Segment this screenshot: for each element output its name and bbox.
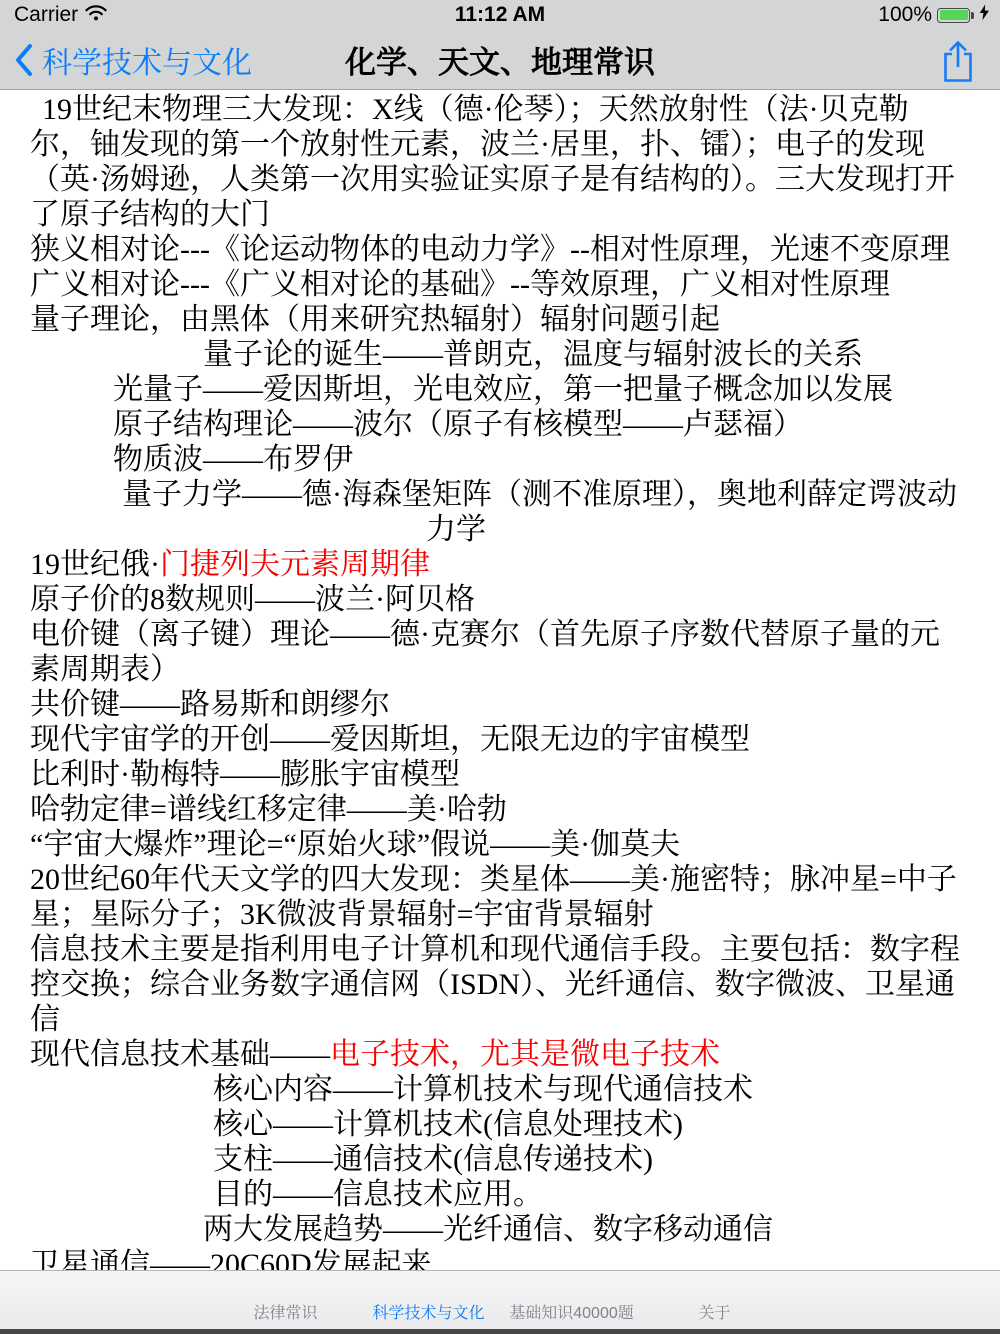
content-paragraph: 哈勃定律=谱线红移定律——美·哈勃 (30, 792, 962, 827)
content-paragraph: 原子结构理论——波尔（原子有核模型——卢瑟福） (30, 407, 962, 442)
content-paragraph: “宇宙大爆炸”理论=“原始火球”假说——美·伽莫夫 (30, 827, 962, 862)
battery-percent: 100% (878, 3, 932, 27)
text-segment: 现代信息技术基础—— (30, 1038, 330, 1071)
content-paragraph: 共价键——路易斯和朗缪尔 (30, 687, 962, 722)
status-time: 11:12 AM (455, 3, 545, 27)
content-paragraph: 核心内容——计算机技术与现代通信技术 (30, 1072, 962, 1107)
content-paragraph: 现代宇宙学的开创——爱因斯坦，无限无边的宇宙模型 (30, 722, 962, 757)
share-icon (940, 38, 978, 84)
tab-about[interactable]: 关于 (643, 1299, 786, 1324)
content-paragraph: 原子价的8数规则——波兰·阿贝格 (30, 582, 962, 617)
content-paragraph: 支柱——通信技术(信息传递技术) (30, 1142, 962, 1177)
content-paragraph: 核心——计算机技术(信息处理技术) (30, 1107, 962, 1142)
content-paragraph: 信息技术主要是指利用电子计算机和现代通信手段。主要包括：数字程控交换；综合业务数… (30, 932, 962, 1037)
tab-bar: 法律常识 科学技术与文化 基础知识40000题 关于 (0, 1270, 1000, 1334)
content-paragraph-highlight: 19世纪俄·门捷列夫元素周期律 (30, 547, 962, 582)
highlighted-text: 门捷列夫元素周期律 (160, 548, 430, 581)
content-paragraph: 比利时·勒梅特——膨胀宇宙模型 (30, 757, 962, 792)
content-area[interactable]: 19世纪末物理三大发现：X线（德·伦琴）；天然放射性（法·贝克勒尔，铀发现的第一… (0, 90, 1000, 1270)
back-button-label: 科学技术与文化 (42, 38, 252, 82)
tab-basic-knowledge-40000[interactable]: 基础知识40000题 (500, 1299, 643, 1324)
tab-legal-knowledge[interactable]: 法律常识 (214, 1299, 357, 1324)
content-paragraph: 量子论的诞生——普朗克，温度与辐射波长的关系 (30, 337, 962, 372)
app-screen: Carrier 11:12 AM 100% (0, 0, 1000, 1334)
content-paragraph: 物质波——布罗伊 (30, 442, 962, 477)
share-button[interactable] (940, 38, 978, 84)
highlighted-text: 电子技术，尤其是微电子技术 (330, 1038, 720, 1071)
content-paragraph: 量子力学——德·海森堡矩阵（测不准原理），奥地利薛定谔波动 (30, 477, 962, 512)
content-paragraph: 目的——信息技术应用。 (30, 1177, 962, 1212)
tab-science-culture[interactable]: 科学技术与文化 (357, 1299, 500, 1324)
status-bar: Carrier 11:12 AM 100% (0, 0, 1000, 30)
content-paragraph: 卫星通信——20C60D发展起来 (30, 1247, 962, 1270)
charging-bolt-icon (979, 3, 990, 27)
text-segment: 19世纪俄· (30, 548, 160, 581)
content-paragraph: 广义相对论---《广义相对论的基础》--等效原理，广义相对性原理 (30, 267, 962, 302)
content-paragraph: 量子理论，由黑体（用来研究热辐射）辐射问题引起 (30, 302, 962, 337)
back-button[interactable]: 科学技术与文化 (14, 30, 252, 89)
content-paragraph: 狭义相对论---《论运动物体的电动力学》--相对性原理，光速不变原理 (30, 232, 962, 267)
content-paragraph: 力学 (30, 512, 962, 547)
content-paragraph: 两大发展趋势——光纤通信、数字移动通信 (30, 1212, 962, 1247)
content-paragraph-highlight: 现代信息技术基础——电子技术，尤其是微电子技术 (30, 1037, 962, 1072)
battery-icon (937, 8, 974, 23)
content-paragraph: 20世纪60年代天文学的四大发现：类星体——美·施密特；脉冲星=中子星；星际分子… (30, 862, 962, 932)
content-paragraph: 光量子——爱因斯坦，光电效应，第一把量子概念加以发展 (30, 372, 962, 407)
content-paragraph: 19世纪末物理三大发现：X线（德·伦琴）；天然放射性（法·贝克勒尔，铀发现的第一… (30, 92, 962, 232)
navigation-bar: 科学技术与文化 化学、天文、地理常识 (0, 30, 1000, 90)
bottom-edge-strip (0, 1329, 1000, 1334)
content-paragraph: 电价键（离子键）理论——德·克赛尔（首先原子序数代替原子量的元素周期表） (30, 617, 962, 687)
back-chevron-icon (14, 43, 33, 77)
